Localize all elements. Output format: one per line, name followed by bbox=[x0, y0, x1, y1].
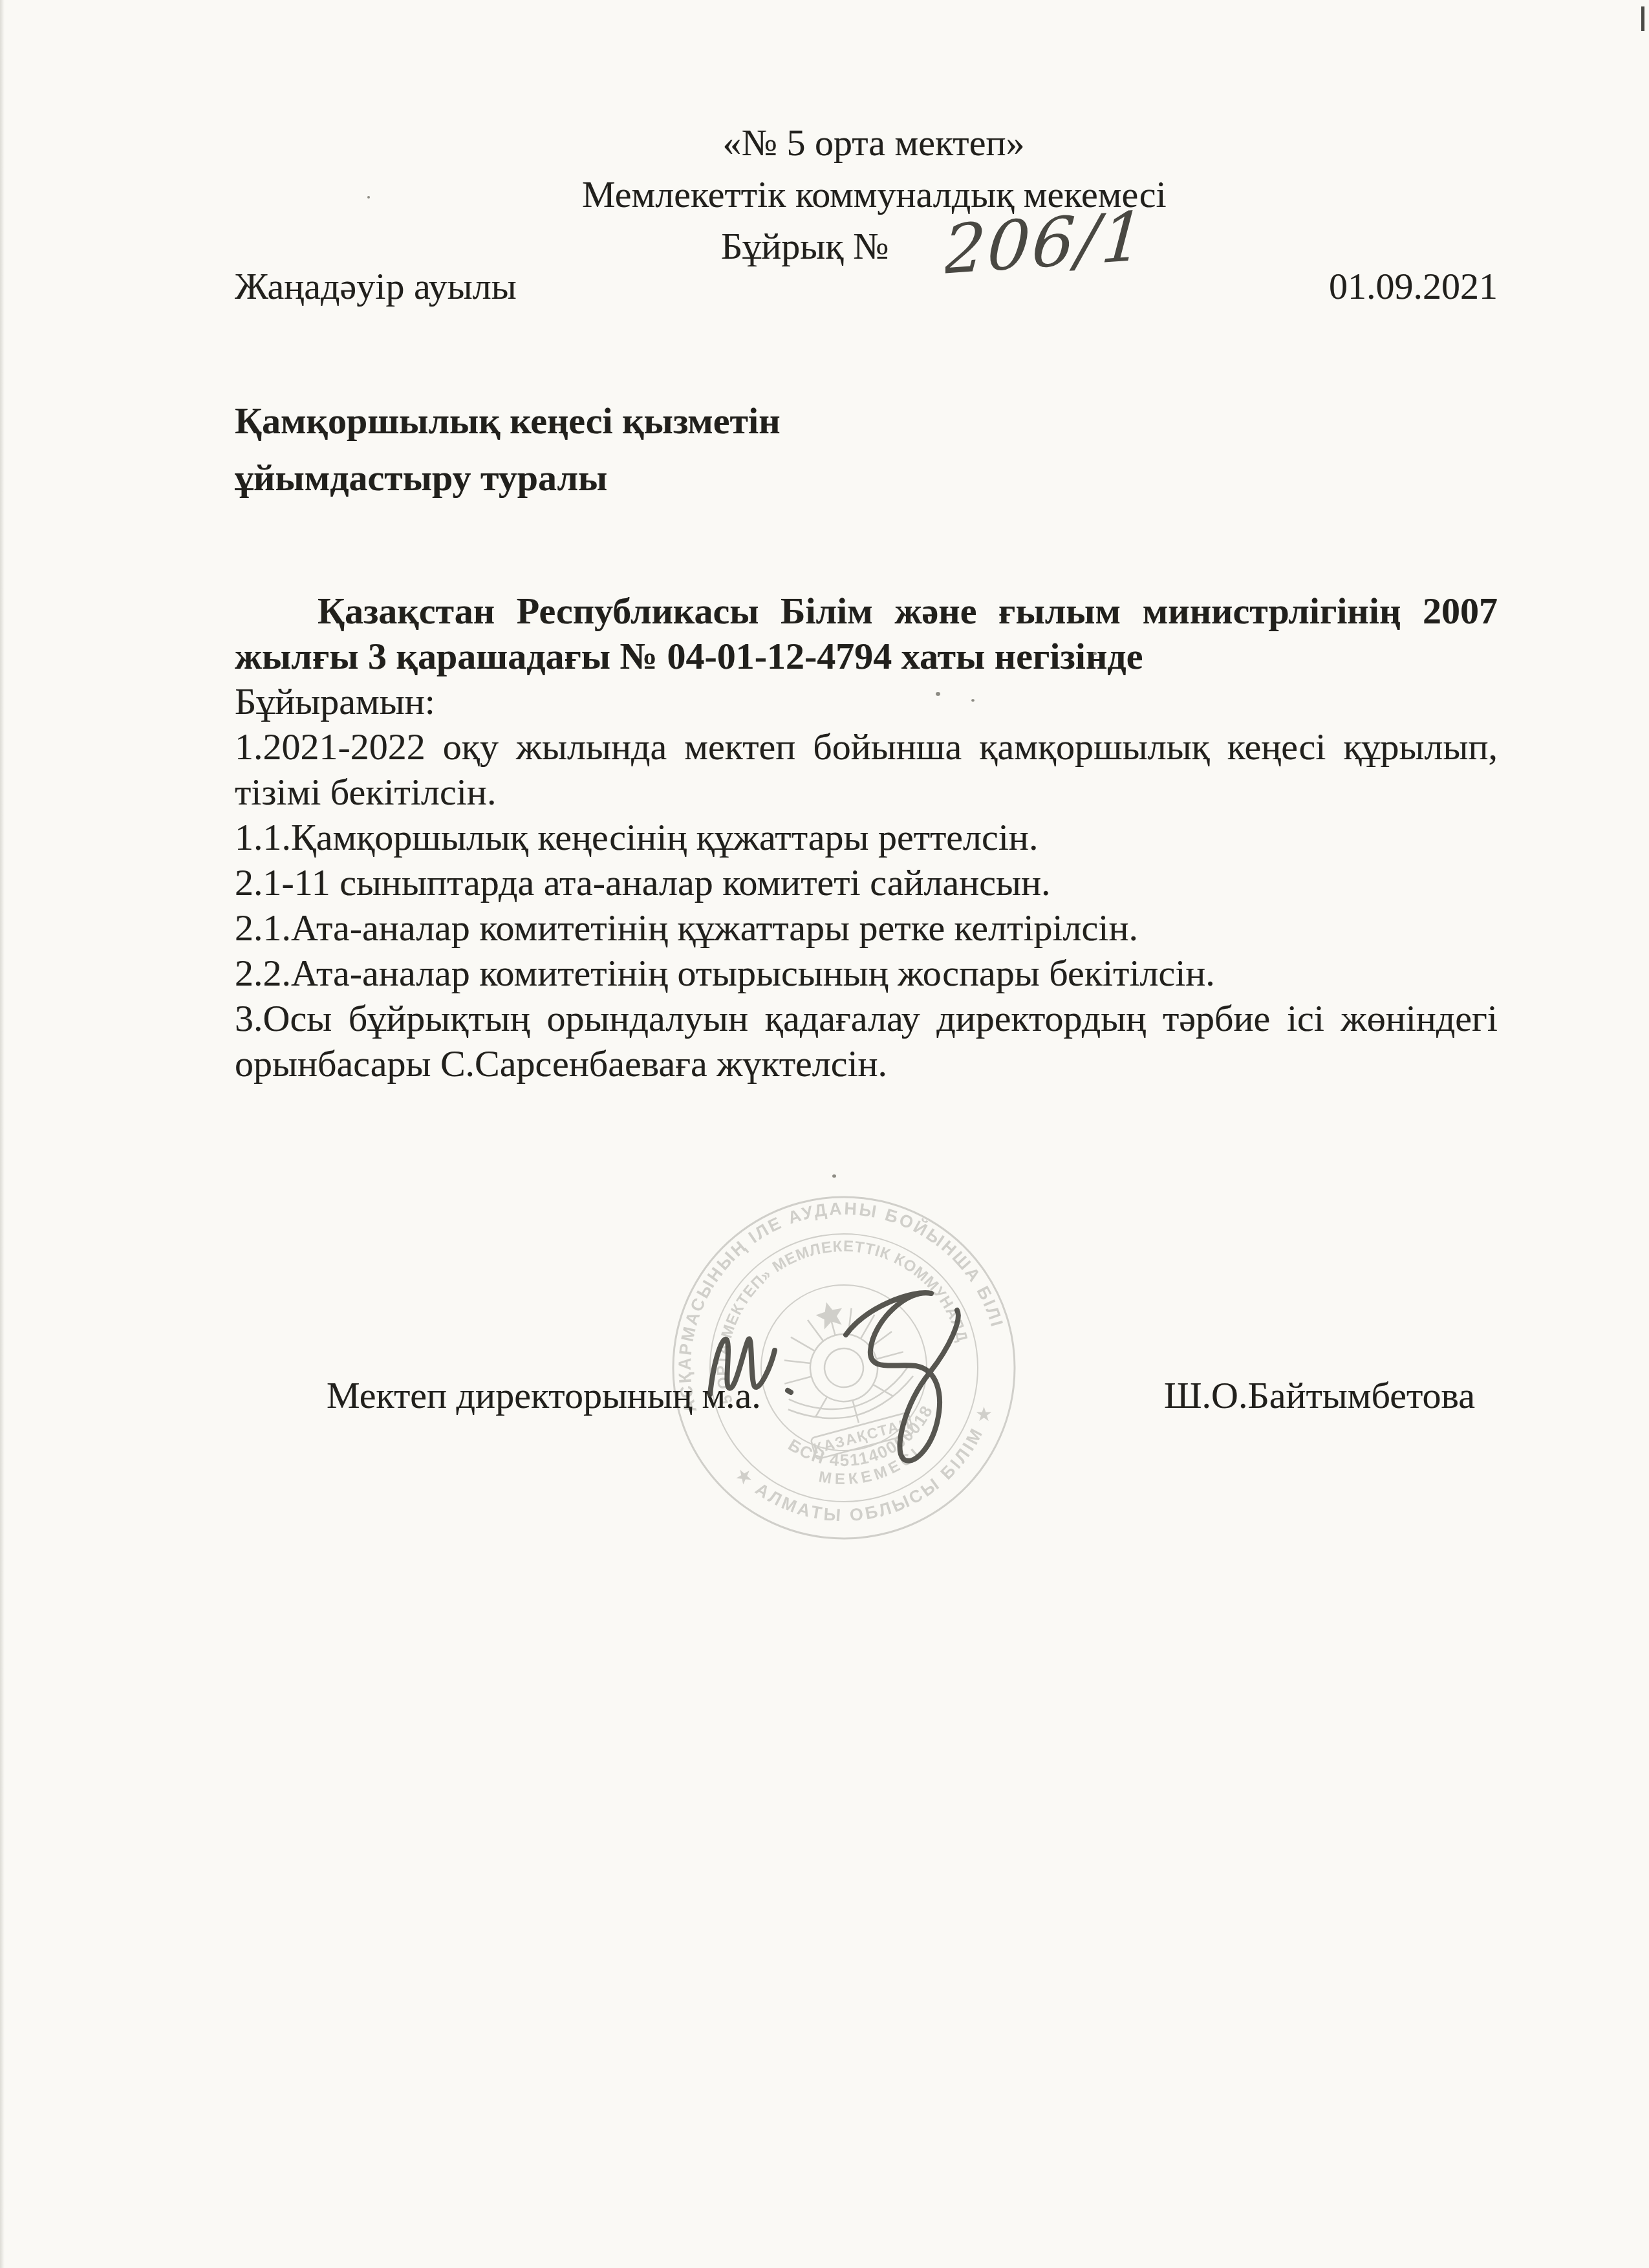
order-item-2-2: 2.2.Ата-аналар комитетінің отырысының жо… bbox=[235, 951, 1215, 996]
order-date: 01.09.2021 bbox=[1174, 264, 1498, 309]
handwritten-number-text: 206/1 bbox=[945, 197, 1148, 290]
order-item-1-line-2: тізімі бекітілсін. bbox=[235, 770, 496, 815]
scan-edge-shade bbox=[0, 0, 5, 2268]
order-number-label: Бұйрық № bbox=[721, 224, 889, 269]
signer-name: Ш.О.Байтымбетова bbox=[1164, 1373, 1475, 1418]
order-verb: Бұйырамын: bbox=[235, 679, 435, 724]
basis-paragraph-line-1: Қазақстан Республикасы Білім және ғылым … bbox=[235, 589, 1498, 634]
scan-speck bbox=[832, 1174, 836, 1178]
subject-line-2: ұйымдастыру туралы bbox=[235, 455, 607, 501]
subject-line-1: Қамқоршылық кеңесі қызметін bbox=[235, 398, 781, 444]
signature-stroke-flourish bbox=[846, 1293, 958, 1461]
scan-edge-artifact bbox=[1641, 6, 1644, 31]
order-item-2-1: 2.1.Ата-аналар комитетінің құжаттары рет… bbox=[235, 905, 1138, 951]
scan-speck bbox=[1093, 652, 1097, 655]
order-item-2: 2.1-11 сыныптарда ата-аналар комитеті са… bbox=[235, 860, 1050, 905]
order-item-3-line-1: 3.Осы бұйрықтың орындалуын қадағалау дир… bbox=[235, 996, 1498, 1041]
basis-paragraph-line-2: жылғы 3 қарашадағы № 04-01-12-4794 хаты … bbox=[235, 634, 1143, 679]
scan-speck bbox=[936, 692, 940, 696]
header-school-name: «№ 5 орта мектеп» bbox=[718, 120, 1029, 166]
scanned-order-document: БАСҚАРМАСЫНЫҢ ІЛЕ АУДАНЫ БОЙЫНША БІЛІМ ★… bbox=[0, 0, 1649, 2268]
order-item-3-line-2: орынбасары С.Сарсенбаеваға жүктелсін. bbox=[235, 1041, 887, 1086]
handwritten-signature bbox=[673, 1268, 1035, 1487]
scan-speck bbox=[367, 196, 370, 199]
signature-dot bbox=[788, 1390, 791, 1392]
order-item-1-1: 1.1.Қамқоршылық кеңесінің құжаттары ретт… bbox=[235, 815, 1038, 860]
place-name: Жаңадәуір ауылы bbox=[235, 264, 517, 309]
scan-speck bbox=[971, 699, 975, 702]
signature-stroke-sh bbox=[710, 1339, 775, 1394]
handwritten-order-number: 206/1 bbox=[945, 189, 1178, 312]
order-item-1-line-1: 1.2021-2022 оқу жылында мектеп бойынша қ… bbox=[235, 724, 1498, 770]
